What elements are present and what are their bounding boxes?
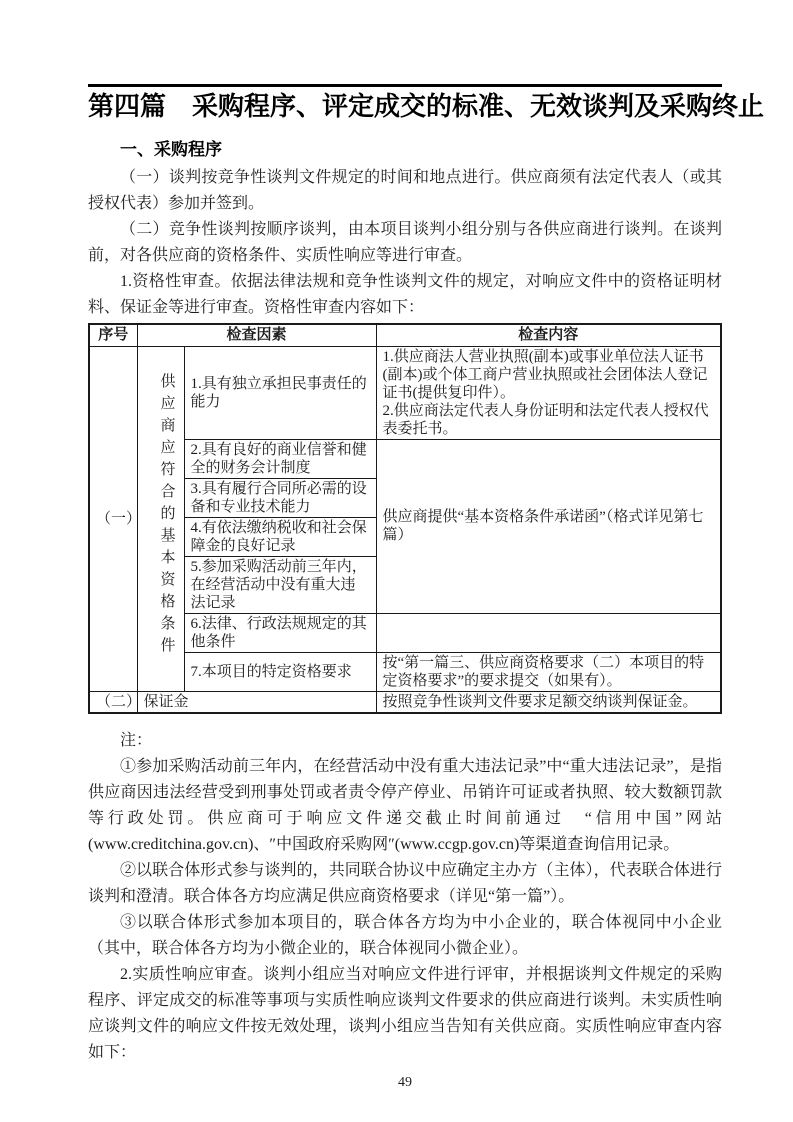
paragraph-negotiation-time: （一）谈判按竞争性谈判文件规定的时间和地点进行。供应商须有法定代表人（或其授权代…	[88, 165, 722, 217]
cell-index-2: （二）	[89, 691, 137, 713]
cell-content-7: 按“第一篇三、供应商资格要求（二）本项目的特定资格要求”的要求提交（如果有）。	[376, 652, 721, 691]
cell-category-vertical: 供应商应符合的基本资格条件	[137, 346, 184, 691]
page-content: 第四篇 采购程序、评定成交的标准、无效谈判及采购终止 一、采购程序 （一）谈判按…	[88, 84, 722, 1096]
cell-content-6	[376, 613, 721, 652]
header-index: 序号	[89, 324, 137, 346]
note-1: ①参加采购活动前三年内，在经营活动中没有重大违法记录”中“重大违法记录”，是指供…	[88, 754, 722, 858]
note-2: ②以联合体形式参与谈判的，共同联合协议中应确定主办方（主体），代表联合体进行谈判…	[88, 858, 722, 910]
paragraph-negotiation-order: （二）竞争性谈判按顺序谈判，由本项目谈判小组分别与各供应商进行谈判。在谈判前，对…	[88, 217, 722, 269]
qualification-review-table: 序号 检查因素 检查内容 （一） 供应商应符合的基本资格条件 1.具有独立承担民…	[88, 323, 722, 714]
header-check-factor: 检查因素	[137, 324, 376, 346]
cell-factor-6: 6.法律、行政法规规定的其他条件	[184, 613, 376, 652]
document-title: 第四篇 采购程序、评定成交的标准、无效谈判及采购终止	[88, 89, 722, 123]
table-row-factor7: 7.本项目的特定资格要求 按“第一篇三、供应商资格要求（二）本项目的特定资格要求…	[89, 652, 721, 691]
notes-section: 注： ①参加采购活动前三年内，在经营活动中没有重大违法记录”中“重大违法记录”，…	[88, 728, 722, 962]
title-rule	[88, 84, 722, 87]
category-vertical-text: 供应商应符合的基本资格条件	[144, 373, 185, 659]
cell-factor-1: 1.具有独立承担民事责任的能力	[184, 346, 376, 439]
cell-factor-5: 5.参加采购活动前三年内，在经营活动中没有重大违法记录	[184, 556, 376, 613]
page-number: 49	[88, 1070, 722, 1096]
table-row-factor6: 6.法律、行政法规规定的其他条件	[89, 613, 721, 652]
cell-index-1: （一）	[89, 346, 137, 691]
cell-deposit-factor: 保证金	[137, 691, 376, 713]
cell-factor-3: 3.具有履行合同所必需的设备和专业技术能力	[184, 478, 376, 517]
cell-factor-7: 7.本项目的特定资格要求	[184, 652, 376, 691]
notes-label: 注：	[88, 728, 722, 754]
paragraph-substantive-review: 2.实质性响应审查。谈判小组应当对响应文件进行评审，并根据谈判文件规定的采购程序…	[88, 962, 722, 1066]
header-check-content: 检查内容	[376, 324, 721, 346]
table-row-factor2: 2.具有良好的商业信誉和健全的财务会计制度 供应商提供“基本资格条件承诺函”（格…	[89, 439, 721, 478]
cell-deposit-content: 按照竞争性谈判文件要求足额交纳谈判保证金。	[376, 691, 721, 713]
note-3: ③以联合体形式参加本项目的，联合体各方均为中小企业的，联合体视同中小企业（其中，…	[88, 910, 722, 962]
section-heading: 一、采购程序	[88, 137, 722, 163]
document-page: 第四篇 采购程序、评定成交的标准、无效谈判及采购终止 一、采购程序 （一）谈判按…	[0, 0, 793, 1122]
cell-content-1: 1.供应商法人营业执照(副本)或事业单位法人证书(副本)或个体工商户营业执照或社…	[376, 346, 721, 439]
cell-factor-4: 4.有依法缴纳税收和社会保障金的良好记录	[184, 517, 376, 556]
table-header-row: 序号 检查因素 检查内容	[89, 324, 721, 346]
cell-factor-2: 2.具有良好的商业信誉和健全的财务会计制度	[184, 439, 376, 478]
paragraph-qualification-review: 1.资格性审查。依据法律法规和竞争性谈判文件的规定，对响应文件中的资格证明材料、…	[88, 269, 722, 321]
content-1-item-2: 2.供应商法定代表人身份证明和法定代表人授权代表委托书。	[383, 402, 714, 438]
table-row-factor1: （一） 供应商应符合的基本资格条件 1.具有独立承担民事责任的能力 1.供应商法…	[89, 346, 721, 439]
cell-content-2to5: 供应商提供“基本资格条件承诺函”（格式详见第七篇）	[376, 439, 721, 613]
table-row-deposit: （二） 保证金 按照竞争性谈判文件要求足额交纳谈判保证金。	[89, 691, 721, 713]
content-1-item-1: 1.供应商法人营业执照(副本)或事业单位法人证书(副本)或个体工商户营业执照或社…	[383, 348, 714, 402]
